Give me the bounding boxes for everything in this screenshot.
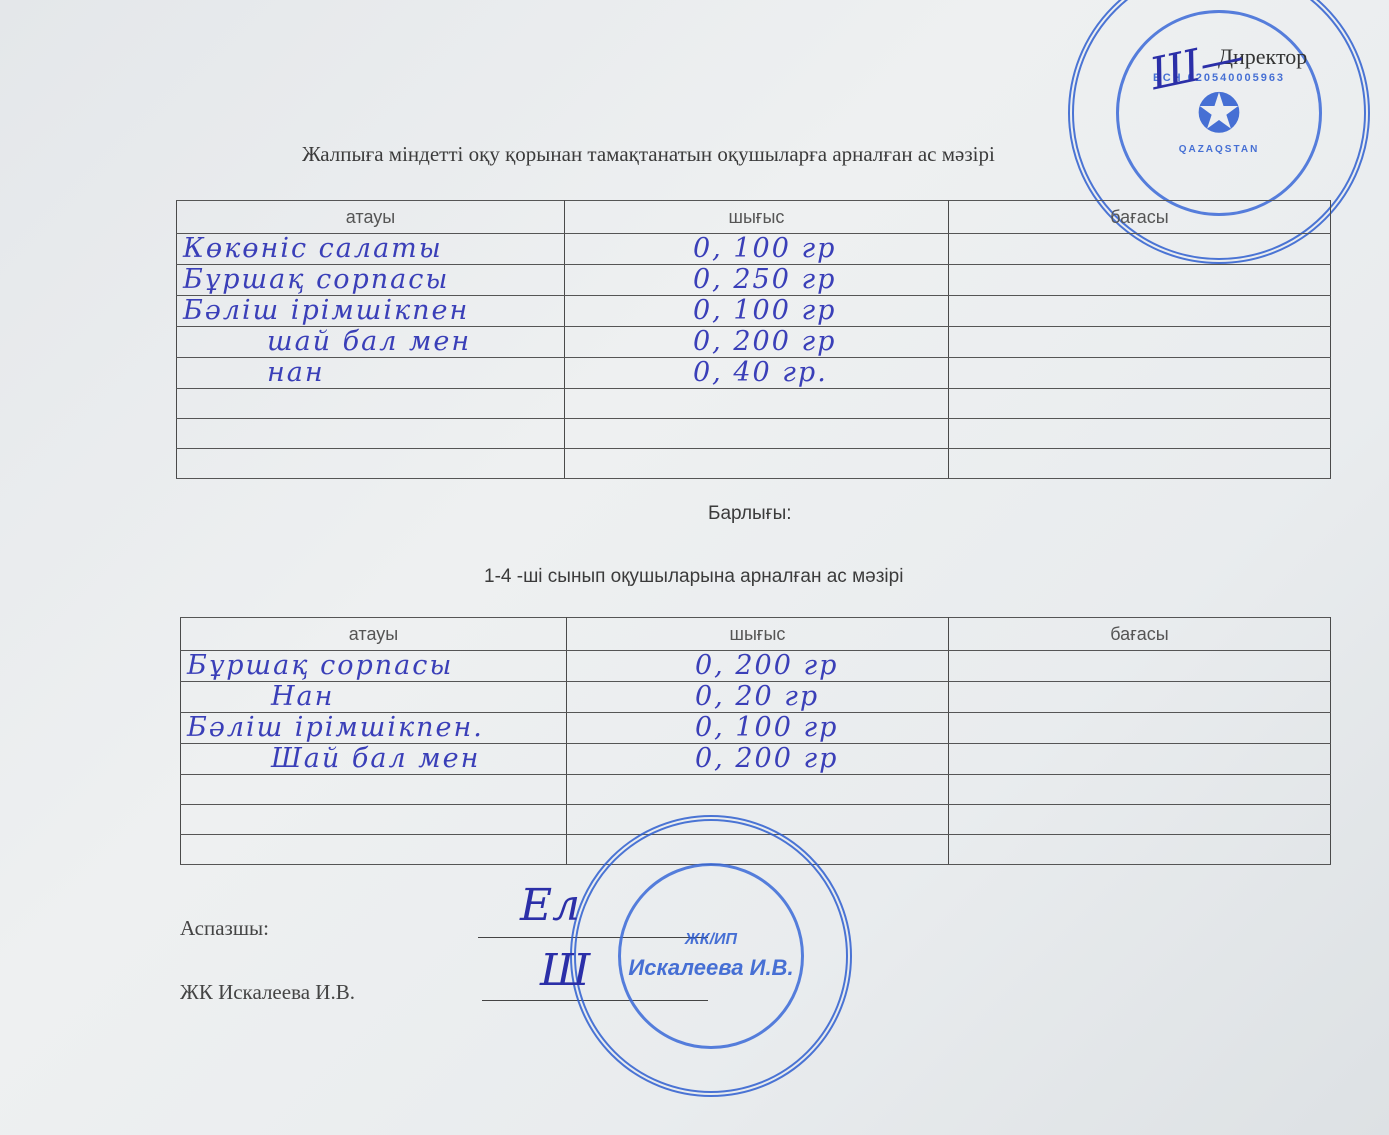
handwritten-text: Шай бал мен bbox=[181, 744, 480, 774]
table-row: нан0, 40 гр. bbox=[177, 358, 1331, 389]
handwritten-text: 0, 100 гр bbox=[565, 234, 836, 264]
menu-general-title: Жалпыға міндетті оқу қорынан тамақтанаты… bbox=[302, 142, 995, 167]
table-header-row: атауы шығыс бағасы bbox=[181, 618, 1331, 651]
table-row: Бұршақ сорпасы0, 250 гр bbox=[177, 265, 1331, 296]
cell-name bbox=[181, 805, 567, 835]
cell-name: Бұршақ сорпасы bbox=[181, 651, 567, 682]
cook-label: Аспазшы: bbox=[180, 916, 269, 941]
menu-general-total-label: Барлығы: bbox=[708, 503, 792, 525]
handwritten-text: Көкөніс салаты bbox=[177, 234, 443, 264]
table-row: Көкөніс салаты0, 100 гр bbox=[177, 234, 1331, 265]
handwritten-text: 0, 40 гр. bbox=[565, 358, 828, 388]
cell-quantity: 0, 200 гр bbox=[567, 744, 949, 775]
cell-quantity bbox=[565, 389, 949, 419]
column-header-name: атауы bbox=[177, 201, 565, 234]
column-header-quantity: шығыс bbox=[567, 618, 949, 651]
handwritten-text: 0, 200 гр bbox=[567, 744, 838, 774]
cell-price bbox=[949, 682, 1331, 713]
entrepreneur-stamp: ЖК/ИП Искалеева И.В. bbox=[570, 815, 852, 1097]
cell-price bbox=[949, 389, 1331, 419]
cell-price bbox=[949, 835, 1331, 865]
handwritten-text: Нан bbox=[181, 682, 334, 712]
table-row: Бәліш ірімшікпен0, 100 гр bbox=[177, 296, 1331, 327]
cell-quantity: 0, 200 гр bbox=[567, 651, 949, 682]
cell-price bbox=[949, 775, 1331, 805]
handwritten-text: Бұршақ сорпасы bbox=[181, 651, 453, 681]
cell-quantity: 0, 100 гр bbox=[567, 713, 949, 744]
entrepreneur-signature: Ш bbox=[540, 945, 590, 996]
cell-quantity bbox=[565, 449, 949, 479]
handwritten-text: 0, 200 гр bbox=[565, 327, 836, 357]
handwritten-text: Бәліш ірімшікпен bbox=[177, 296, 469, 326]
handwritten-text: 0, 100 гр bbox=[565, 296, 836, 326]
cell-price bbox=[949, 713, 1331, 744]
table-row bbox=[181, 775, 1331, 805]
cell-quantity: 0, 40 гр. bbox=[565, 358, 949, 389]
table-row: Шай бал мен0, 200 гр bbox=[181, 744, 1331, 775]
table-row: Нан0, 20 гр bbox=[181, 682, 1331, 713]
table-row: Бұршақ сорпасы0, 200 гр bbox=[181, 651, 1331, 682]
stamp-name: Искалеева И.В. bbox=[628, 955, 793, 981]
stamp-type: ЖК/ИП bbox=[685, 931, 737, 949]
cell-quantity bbox=[567, 775, 949, 805]
cell-name: Бәліш ірімшікпен bbox=[177, 296, 565, 327]
school-stamp-center: QAZAQSTAN bbox=[1179, 144, 1260, 155]
cell-quantity: 0, 100 гр bbox=[565, 234, 949, 265]
cell-name: шай бал мен bbox=[177, 327, 565, 358]
cell-name: Көкөніс салаты bbox=[177, 234, 565, 265]
menu-grades-title: 1-4 -ші сынып оқушыларына арналған ас мә… bbox=[484, 566, 903, 588]
cell-price bbox=[949, 265, 1331, 296]
cell-price bbox=[949, 419, 1331, 449]
cell-quantity bbox=[565, 419, 949, 449]
cell-price bbox=[949, 234, 1331, 265]
cell-name: Бәліш ірімшікпен. bbox=[181, 713, 567, 744]
table-row: шай бал мен0, 200 гр bbox=[177, 327, 1331, 358]
handwritten-text: Бәліш ірімшікпен. bbox=[181, 713, 484, 743]
cell-name: Шай бал мен bbox=[181, 744, 567, 775]
cell-quantity: 0, 250 гр bbox=[565, 265, 949, 296]
cell-name: Бұршақ сорпасы bbox=[177, 265, 565, 296]
cell-name bbox=[181, 835, 567, 865]
cell-name bbox=[177, 389, 565, 419]
cell-name bbox=[177, 419, 565, 449]
cell-name: нан bbox=[177, 358, 565, 389]
menu-general-table: атауы шығыс бағасы Көкөніс салаты0, 100 … bbox=[176, 200, 1331, 479]
cell-quantity: 0, 20 гр bbox=[567, 682, 949, 713]
table-row bbox=[177, 389, 1331, 419]
cell-quantity: 0, 200 гр bbox=[565, 327, 949, 358]
handwritten-text: 0, 20 гр bbox=[567, 682, 819, 712]
cook-signature: Ел bbox=[520, 880, 580, 931]
cell-price bbox=[949, 744, 1331, 775]
cell-price bbox=[949, 296, 1331, 327]
column-header-quantity: шығыс bbox=[565, 201, 949, 234]
cell-price bbox=[949, 358, 1331, 389]
entrepreneur-label: ЖК Искалеева И.В. bbox=[180, 980, 355, 1005]
handwritten-text: нан bbox=[177, 358, 325, 388]
cell-price bbox=[949, 651, 1331, 682]
document-page: БСН 020540005963 ✪ QAZAQSTAN Директор Ш—… bbox=[0, 0, 1389, 1135]
handwritten-text: Бұршақ сорпасы bbox=[177, 265, 449, 295]
column-header-price: бағасы bbox=[949, 201, 1331, 234]
cell-quantity: 0, 100 гр bbox=[565, 296, 949, 327]
handwritten-text: 0, 100 гр bbox=[567, 713, 838, 743]
handwritten-text: 0, 250 гр bbox=[565, 265, 836, 295]
coat-of-arms-icon: ✪ bbox=[1196, 84, 1241, 144]
cell-name bbox=[181, 775, 567, 805]
handwritten-text: 0, 200 гр bbox=[567, 651, 838, 681]
cell-price bbox=[949, 327, 1331, 358]
cell-price bbox=[949, 449, 1331, 479]
column-header-price: бағасы bbox=[949, 618, 1331, 651]
table-row bbox=[177, 419, 1331, 449]
cell-name bbox=[177, 449, 565, 479]
table-header-row: атауы шығыс бағасы bbox=[177, 201, 1331, 234]
table-row bbox=[177, 449, 1331, 479]
table-row: Бәліш ірімшікпен.0, 100 гр bbox=[181, 713, 1331, 744]
cell-name: Нан bbox=[181, 682, 567, 713]
column-header-name: атауы bbox=[181, 618, 567, 651]
cell-price bbox=[949, 805, 1331, 835]
handwritten-text: шай бал мен bbox=[177, 327, 471, 357]
